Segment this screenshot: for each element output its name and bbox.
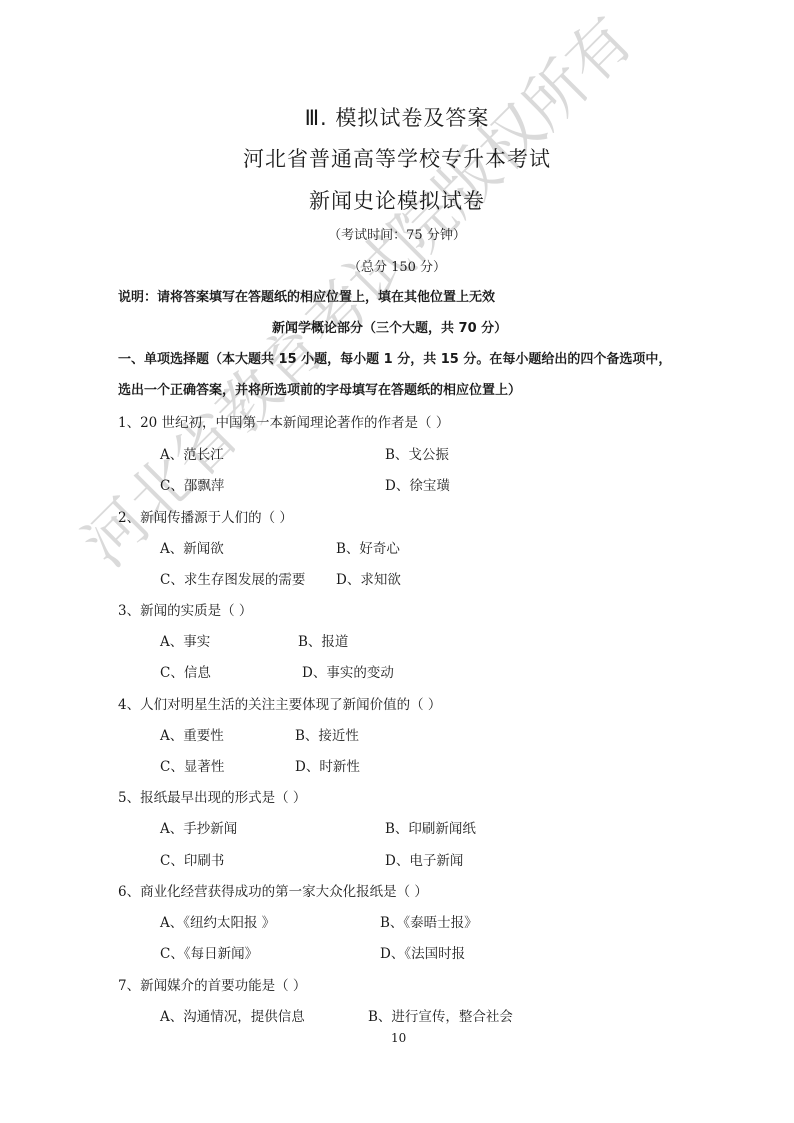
- exam-title: 河北省普通高等学校专升本考试: [0, 146, 794, 172]
- question-7-option-b: B、进行宣传，整合社会: [368, 1008, 513, 1026]
- question-6-option-a: A、《纽约太阳报 》: [160, 914, 275, 932]
- part-one-instructions-line2: 选出一个正确答案，并将所选项前的字母填写在答题纸的相应位置上）: [118, 382, 521, 400]
- question-5-stem: 5、报纸最早出现的形式是（ ）: [118, 789, 306, 807]
- question-1-option-c: C、邵飘萍: [160, 477, 224, 495]
- question-4-option-b: B、接近性: [295, 727, 359, 745]
- question-4-stem: 4、人们对明星生活的关注主要体现了新闻价值的（ ）: [118, 696, 441, 714]
- question-6-option-b: B、《泰晤士报》: [380, 914, 478, 932]
- question-2-option-a: A、新闻欲: [160, 540, 224, 558]
- paper-title: 新闻史论模拟试卷: [0, 188, 794, 214]
- question-5-option-a: A、手抄新闻: [160, 820, 237, 838]
- question-2-option-c: C、求生存图发展的需要: [160, 571, 305, 589]
- question-1-option-b: B、戈公振: [385, 446, 449, 464]
- question-4-option-c: C、显著性: [160, 758, 224, 776]
- question-4-option-d: D、时新性: [295, 758, 360, 776]
- question-1-option-d: D、徐宝璜: [385, 477, 450, 495]
- question-1-option-a: A、范长江: [160, 446, 224, 464]
- question-5-option-c: C、印刷书: [160, 852, 224, 870]
- question-2-option-b: B、好奇心: [336, 540, 400, 558]
- question-4-option-a: A、重要性: [160, 727, 224, 745]
- page-title: Ⅲ. 模拟试卷及答案: [0, 105, 794, 131]
- page-number: 10: [391, 1029, 406, 1047]
- instructions-note: 说明：请将答案填写在答题纸的相应位置上，填在其他位置上无效: [118, 289, 495, 307]
- question-1-stem: 1、20 世纪初，中国第一本新闻理论著作的作者是（ ）: [118, 414, 449, 432]
- question-6-option-c: C、《每日新闻》: [160, 945, 258, 963]
- question-3-stem: 3、新闻的实质是（ ）: [118, 602, 252, 620]
- question-3-option-b: B、报道: [298, 633, 348, 651]
- exam-page: 河北省教育考试院版权所有 Ⅲ. 模拟试卷及答案 河北省普通高等学校专升本考试 新…: [0, 0, 794, 1123]
- total-score: （总分 150 分）: [0, 259, 794, 277]
- question-3-option-c: C、信息: [160, 664, 211, 682]
- question-5-option-b: B、印刷新闻纸: [385, 820, 476, 838]
- exam-time: （考试时间：75 分钟）: [0, 227, 794, 245]
- question-6-stem: 6、商业化经营获得成功的第一家大众化报纸是（ ）: [118, 883, 428, 901]
- question-7-option-a: A、沟通情况，提供信息: [160, 1008, 305, 1026]
- part-one-instructions-line1: 一、单项选择题（本大题共 15 小题，每小题 1 分，共 15 分。在每小题给出…: [118, 351, 671, 369]
- question-3-option-a: A、事实: [160, 633, 210, 651]
- question-6-option-d: D、《法国时报: [380, 945, 465, 963]
- question-7-stem: 7、新闻媒介的首要功能是（ ）: [118, 977, 306, 995]
- question-3-option-d: D、事实的变动: [302, 664, 394, 682]
- question-5-option-d: D、电子新闻: [385, 852, 463, 870]
- section-title: 新闻学概论部分（三个大题，共 70 分）: [272, 320, 507, 338]
- question-2-option-d: D、求知欲: [336, 571, 401, 589]
- question-2-stem: 2、新闻传播源于人们的（ ）: [118, 509, 293, 527]
